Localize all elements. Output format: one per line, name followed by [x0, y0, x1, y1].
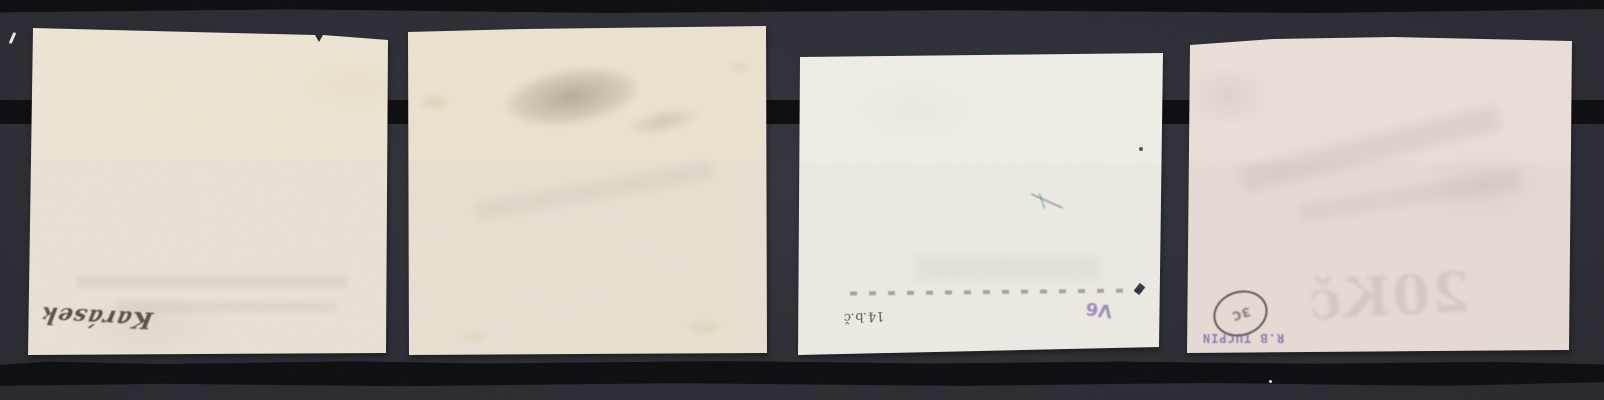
stockcard-photo: Karásek 14.b.č V6 20Kč ЗС — [0, 0, 1604, 400]
stamp-2 — [404, 22, 770, 356]
teal-show-through-stroke — [1031, 193, 1063, 209]
stamp-1: Karásek — [27, 26, 391, 357]
show-through-bar — [77, 276, 347, 288]
expert-signature: Karásek — [32, 291, 159, 345]
overprint-show-through-tick — [1134, 283, 1146, 295]
show-through-bar — [915, 255, 1100, 281]
value-show-through: 20Kč — [1306, 250, 1470, 342]
dust-fiber — [9, 32, 17, 44]
stamp-4-paper: 20Kč ЗС R.B TUCPIN — [1183, 36, 1573, 355]
stamp-1-paper: Karásek — [27, 26, 391, 357]
airplane-show-through — [1298, 169, 1523, 224]
stamp-4: 20Kč ЗС R.B TUCPIN — [1183, 36, 1573, 355]
stockcard-strip-bottom — [0, 360, 1604, 387]
stamp-2-paper — [404, 22, 770, 356]
stamp-3-paper: 14.b.č V6 — [795, 50, 1165, 358]
show-through-bar — [474, 161, 713, 220]
stamp-3: 14.b.č V6 — [795, 50, 1165, 358]
oval-handstamp-glyphs: ЗС — [1229, 304, 1252, 323]
dust-speck — [1269, 380, 1272, 383]
violet-handstamp-caption: R.B TUCPIN — [1189, 328, 1297, 348]
stockcard-strip-top — [0, 0, 1604, 13]
violet-expert-mark: V6 — [1075, 289, 1123, 330]
ink-speck — [1139, 147, 1143, 151]
pencil-mark: 14.b.č — [830, 295, 898, 340]
